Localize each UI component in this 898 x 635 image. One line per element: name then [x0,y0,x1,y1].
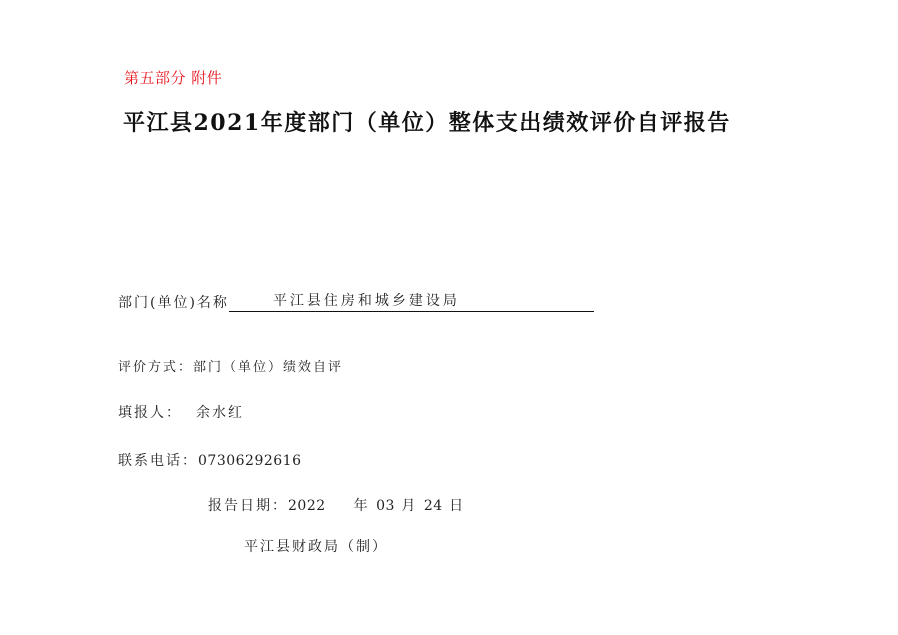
filler-value: 余水红 [196,405,244,421]
phone-value: 07306292616 [198,453,301,469]
report-date-day-unit: 日 [449,498,465,514]
evaluation-method-value: 部门（单位）绩效自评 [193,360,343,375]
report-date-month-unit: 月 [401,498,417,514]
evaluation-method-label: 评价方式： [118,360,193,375]
phone-label: 联系电话： [118,453,198,469]
evaluation-method-field: 评价方式：部门（单位）绩效自评 [118,356,343,375]
report-date-year-unit: 年 [354,498,370,514]
filler-field: 填报人：余水红 [118,402,244,422]
report-date-month: 03 [376,498,395,514]
report-date-label: 报告日期： [208,498,288,514]
phone-field: 联系电话：07306292616 [118,450,301,470]
report-date-year: 2022 [288,498,326,514]
report-date-day: 24 [424,498,443,514]
issuer: 平江县财政局（制） [244,536,388,556]
filler-label: 填报人： [118,405,182,421]
document-title: 平江县2021年度部门（单位）整体支出绩效评价自评报告 [123,106,731,137]
report-date-field: 报告日期：2022年 03 月 24 日 [208,495,465,515]
department-value: 平江县住房和城乡建设局 [229,292,594,312]
department-label: 部门(单位)名称 [118,295,229,311]
department-field: 部门(单位)名称平江县住房和城乡建设局 [118,292,594,312]
section-label: 第五部分 附件 [124,67,222,88]
